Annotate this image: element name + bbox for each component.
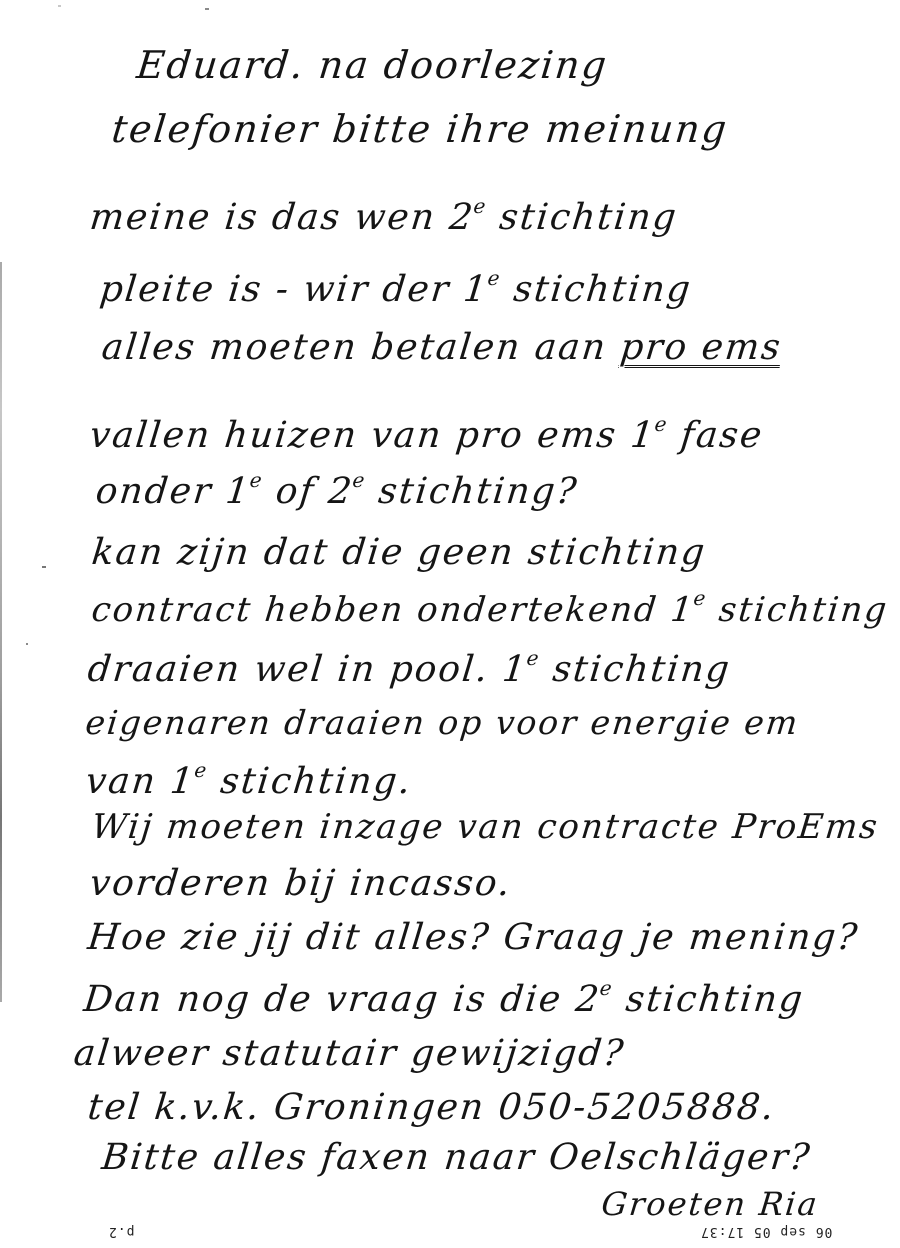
line-text: telefonier bitte ihre meinung [110, 107, 731, 151]
line-text: stichting [704, 590, 890, 630]
signature-text: Groeten Ria [600, 1185, 821, 1223]
handwritten-line: eigenaren draaien op voor energie em [84, 706, 801, 739]
handwritten-line: vorderen bij incasso. [88, 866, 513, 902]
line-text: alweer statutair gewijzigd? [72, 1033, 627, 1074]
line-text: Hoe zie jij dit alles? Graag je mening? [86, 917, 861, 958]
handwritten-line: telefonier bitte ihre meinung [110, 110, 730, 148]
line-text: Dan nog de vraag is die 2 [82, 979, 603, 1020]
handwritten-line: Bitte alles faxen naar Oelschläger? [100, 1140, 813, 1176]
handwritten-line: Eduard. na doorlezing [135, 46, 610, 84]
scanner-edge-line [0, 262, 2, 1002]
handwritten-line: Wij moeten inzage van contracte ProEms [90, 810, 881, 844]
handwritten-line: kan zijn dat die geen stichting [90, 535, 708, 571]
line-text: stichting [484, 197, 680, 238]
line-text: fase [665, 415, 765, 456]
line-text: alles moeten betalen aan [100, 327, 623, 368]
line-text: onder 1 [94, 471, 253, 512]
line-text: stichting [610, 979, 806, 1020]
line-text: Wij moeten inzage van contracte ProEms [90, 807, 881, 847]
fax-transmission-header: p.2 06 sep 05 17:37 [0, 1222, 900, 1244]
handwritten-line: tel k.v.k. Groningen 050-5205888. [86, 1090, 777, 1126]
handwritten-line: onder 1e of 2e stichting? [94, 470, 580, 510]
handwritten-line: draaien wel in pool. 1e stichting [86, 648, 733, 688]
line-text: vorderen bij incasso. [88, 863, 514, 904]
line-text: stichting? [363, 471, 580, 512]
line-text: vallen huizen van pro ems 1 [88, 415, 658, 456]
handwritten-line: alweer statutair gewijzigd? [72, 1036, 627, 1072]
handwritten-line: alles moeten betalen aan pro ems [100, 330, 784, 366]
line-text: contract hebben ondertekend 1 [90, 590, 697, 630]
line-text: eigenaren draaien op voor energie em [84, 703, 802, 742]
line-text: meine is das wen 2 [88, 197, 477, 238]
handwritten-line: van 1e stichting. [84, 760, 414, 800]
scan-speck [205, 8, 209, 10]
line-text: Eduard. na doorlezing [135, 43, 611, 87]
line-text: stichting [537, 649, 733, 690]
fax-timestamp: 06 sep 05 17:37 [700, 1224, 832, 1239]
line-text: kan zijn dat die geen stichting [90, 532, 709, 573]
line-text: of 2 [260, 471, 355, 512]
handwritten-line: vallen huizen van pro ems 1e fase [88, 414, 766, 454]
underlined-company-name: pro ems [618, 327, 784, 368]
handwritten-line: Dan nog de vraag is die 2e stichting [82, 978, 806, 1018]
line-text: stichting. [205, 761, 414, 802]
handwritten-line: Hoe zie jij dit alles? Graag je mening? [86, 920, 861, 956]
fax-page-number: p.2 [108, 1224, 134, 1239]
fax-page: Eduard. na doorlezing telefonier bitte i… [0, 0, 900, 1248]
phone-number-line: tel k.v.k. Groningen 050-5205888. [86, 1087, 778, 1128]
line-text: stichting [498, 269, 694, 310]
line-text: Bitte alles faxen naar Oelschläger? [100, 1137, 813, 1178]
scan-speck [42, 566, 46, 568]
signature: Groeten Ria [600, 1188, 820, 1220]
line-text: pleite is - wir der 1 [98, 269, 491, 310]
handwritten-line: pleite is - wir der 1e stichting [98, 268, 694, 308]
handwritten-line: meine is das wen 2e stichting [88, 196, 680, 236]
scan-speck [26, 643, 28, 645]
line-text: draaien wel in pool. 1 [86, 649, 530, 690]
handwritten-line: contract hebben ondertekend 1e stichting [90, 588, 890, 627]
line-text: van 1 [84, 761, 198, 802]
scan-speck [58, 5, 61, 7]
